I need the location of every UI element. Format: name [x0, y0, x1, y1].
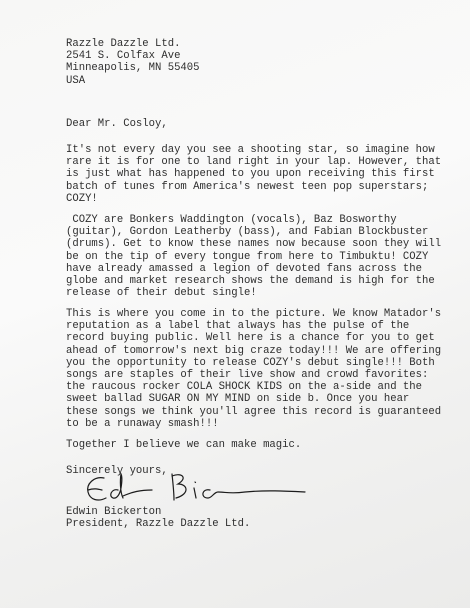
handwritten-signature-icon [80, 470, 320, 510]
paragraph-offer: This is where you come in to the picture… [66, 308, 441, 430]
sender-city: Minneapolis, MN 55405 [66, 62, 200, 74]
salutation: Dear Mr. Cosloy, [66, 118, 168, 130]
signer-title: President, Razzle Dazzle Ltd. [66, 518, 250, 530]
sender-street: 2541 S. Colfax Ave [66, 50, 180, 62]
sender-address: Razzle Dazzle Ltd. 2541 S. Colfax Ave Mi… [66, 38, 200, 87]
paragraph-intro: It's not every day you see a shooting st… [66, 144, 441, 205]
signer-name: Edwin Bickerton [66, 506, 161, 518]
letter-page: Razzle Dazzle Ltd. 2541 S. Colfax Ave Mi… [0, 0, 470, 608]
sender-company: Razzle Dazzle Ltd. [66, 38, 180, 50]
paragraph-band: COZY are Bonkers Waddington (vocals), Ba… [66, 214, 441, 299]
sender-country: USA [66, 75, 85, 87]
paragraph-closing: Together I believe we can make magic. [66, 439, 301, 451]
signer-block: Edwin Bickerton President, Razzle Dazzle… [66, 506, 250, 530]
